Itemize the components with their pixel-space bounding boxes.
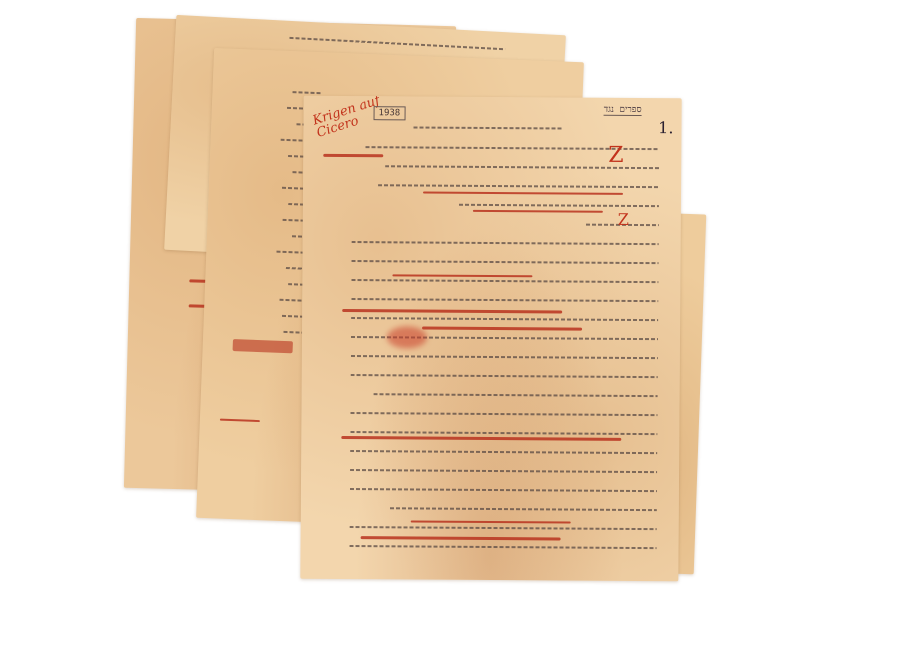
red-z-mark: Z	[608, 143, 623, 168]
top-right-note: ספרים נגד	[604, 104, 642, 116]
red-z-mark: Z	[618, 210, 629, 229]
red-strikethrough	[323, 154, 383, 157]
red-boxed-note	[233, 339, 293, 353]
page-number: 1.	[658, 118, 673, 137]
red-ink-blot	[387, 326, 427, 348]
front-page: Krigen auf Cicero 1938 ספרים נגד 1. Z Z	[300, 96, 681, 582]
date-stamp: 1938	[374, 106, 406, 120]
red-underline	[220, 419, 260, 423]
heading-line	[413, 126, 563, 129]
typed-lines	[322, 146, 659, 566]
